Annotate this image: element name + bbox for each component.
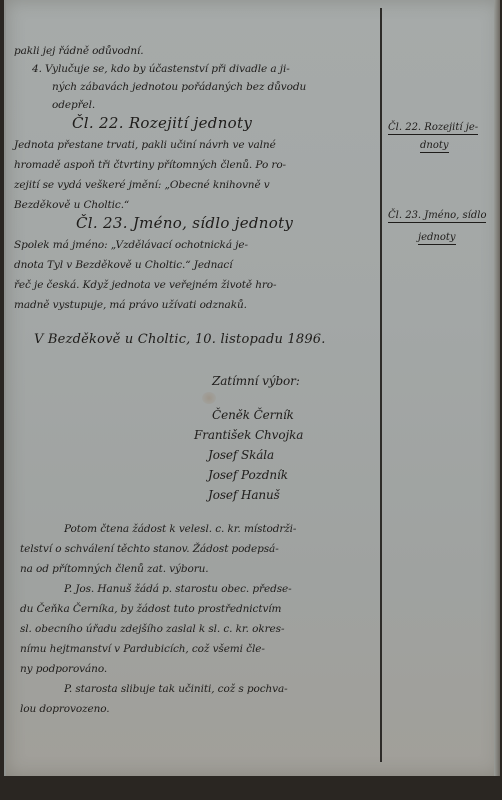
- text-line: sl. obecního úřadu zdejšího zaslal k sl.…: [20, 620, 284, 640]
- text-line: du Čeňka Černíka, by žádost tuto prostře…: [20, 600, 281, 620]
- text-line: 4. Vylučuje se, kdo by účastenství při d…: [32, 60, 290, 80]
- text-line: Bezděkově u Choltic.“: [14, 196, 129, 216]
- text-line: zejití se vydá veškeré jmění: „Obecné kn…: [14, 176, 270, 196]
- text-line: Jednota přestane trvati, pakli učiní náv…: [14, 136, 276, 156]
- text-line: ných zábavách jednotou pořádaných bez dů…: [52, 78, 306, 98]
- paper-stain: [202, 392, 216, 404]
- margin-note-section-22: Čl. 22. Rozejití je-: [388, 122, 478, 135]
- text-line: hromadě aspoň tři čtvrtiny přítomných čl…: [14, 156, 286, 176]
- text-line: Spolek má jméno: „Vzdělávací ochotnická …: [14, 236, 248, 256]
- text-line: na od přítomných členů zat. výboru.: [20, 560, 209, 580]
- text-line: madně vystupuje, má právo užívati odznak…: [14, 296, 247, 316]
- text-line: P. Jos. Hanuš žádá p. starostu obec. pře…: [64, 580, 292, 600]
- text-line: nímu hejtmanství v Pardubicích, což všem…: [20, 640, 265, 660]
- text-line: lou doprovozeno.: [20, 700, 110, 720]
- text-line: P. starosta slibuje tak učiniti, což s p…: [64, 680, 288, 700]
- signature: Josef Pozdník: [208, 466, 288, 486]
- margin-rule-line: [380, 8, 382, 762]
- signature: Josef Skála: [208, 446, 274, 466]
- page-edge: [494, 0, 500, 776]
- text-line: pakli jej řádně odůvodní.: [14, 42, 144, 62]
- text-line: Potom čtena žádost k velesl. c. kr. míst…: [64, 520, 296, 540]
- signature: Čeněk Černík: [212, 406, 294, 426]
- text-line: ny podporováno.: [20, 660, 107, 680]
- text-line: telství o schválení těchto stanov. Žádos…: [20, 540, 279, 560]
- margin-note-section-23: Čl. 23. Jméno, sídlo: [388, 210, 486, 223]
- section-23-heading: Čl. 23. Jméno, sídlo jednoty: [76, 214, 293, 234]
- text-line: odepřel.: [52, 96, 95, 116]
- section-22-heading: Čl. 22. Rozejití jednoty: [72, 114, 252, 134]
- committee-title: Zatímní výbor:: [212, 372, 300, 392]
- dateline: V Bezděkově u Choltic, 10. listopadu 189…: [34, 330, 326, 350]
- manuscript-page: pakli jej řádně odůvodní. 4. Vylučuje se…: [4, 0, 500, 776]
- signature: Josef Hanuš: [208, 486, 280, 506]
- margin-note-section-22-cont: dnoty: [420, 140, 449, 153]
- text-line: dnota Tyl v Bezděkově u Choltic.“ Jednac…: [14, 256, 232, 276]
- text-line: řeč je česká. Když jednota ve veřejném ž…: [14, 276, 276, 296]
- signature: František Chvojka: [194, 426, 303, 446]
- margin-note-section-23-cont: jednoty: [418, 232, 456, 245]
